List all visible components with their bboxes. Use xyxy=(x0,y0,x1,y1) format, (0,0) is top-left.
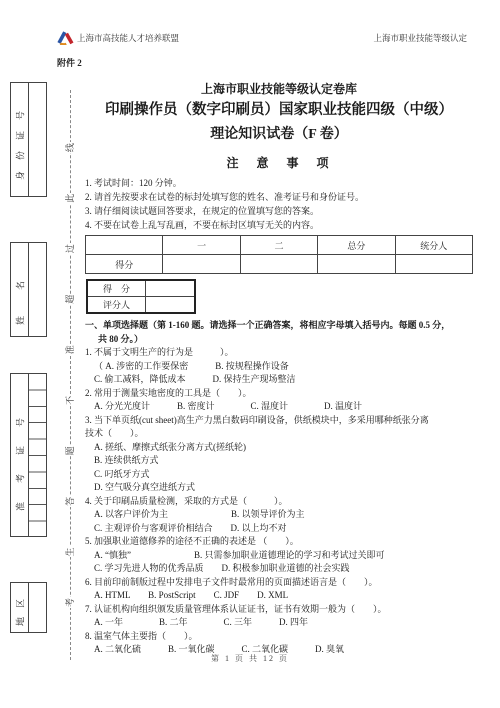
region-box: 地区 xyxy=(10,582,47,633)
seal-char: 超 xyxy=(62,294,78,305)
id-number-label: 身份证号 xyxy=(13,99,26,179)
question-line: （ A. 涉密的工作要保密 B. 按规程操作设备 xyxy=(85,360,473,374)
question-line: C. 偷工减料，降低成本 D. 保持生产现场整洁 xyxy=(85,373,473,387)
score-table-cell xyxy=(318,255,395,274)
grader-name-row: 评分人 xyxy=(87,297,195,314)
notice-item: 3. 请仔细阅读试题回答要求，在规定的位置填写您的答案。 xyxy=(85,204,473,218)
section-heading-line: 一、单项选择题（第 1-160 题。请选择一个正确答案，将相应字母填入括号内。每… xyxy=(85,318,473,332)
section-heading-line: 共 80 分。） xyxy=(85,332,473,346)
name-label: 姓名 xyxy=(13,254,26,324)
question-line: 8. 温室气体主要指（ ）。 xyxy=(85,630,473,644)
question-line: 2. 常用于测量实地密度的工具是（ ）。 xyxy=(85,387,473,401)
question-line: A. 搓纸、摩擦式纸张分离方式(搓纸轮) xyxy=(85,441,473,455)
question-line: A. 一年 B. 二年 C. 三年 D. 四年 xyxy=(85,616,473,630)
occupation-title: 印刷操作员（数字印刷员）国家职业技能四级（中级） xyxy=(85,101,473,119)
question-line: A. HTML B. PostScript C. JDF D. XML xyxy=(85,589,473,603)
region-field xyxy=(29,583,46,632)
notice-item: 1. 考试时间：120 分钟。 xyxy=(85,176,473,190)
id-number-box: 身份证号 xyxy=(10,82,47,197)
question-line: A. 分光光度计 B. 密度计 C. 湿度计 D. 温度计 xyxy=(85,400,473,414)
score-row-label: 得分 xyxy=(86,255,163,274)
seal-char: 线 xyxy=(62,142,78,153)
alliance-logo-icon xyxy=(57,30,74,45)
question-line: D. 空气吸分真空进纸方式 xyxy=(85,481,473,495)
seal-char: 考 xyxy=(62,597,78,608)
admission-number-box: 准考证号 xyxy=(10,373,47,537)
score-summary-table: 一 二 总分 统分人 得分 xyxy=(85,235,473,274)
question-line: 7. 认证机构向组织颁发质量管理体系认证证书，证书有效期一般为（ ）。 xyxy=(85,603,473,617)
page-header: 上海市高技能人才培养联盟 上海市职业技能等级认定 xyxy=(57,30,467,45)
question-line: B. 连续供纸方式 xyxy=(85,454,473,468)
question-line: 技术（ ）。 xyxy=(85,427,473,441)
score-table-cell: 统分人 xyxy=(395,236,472,255)
seal-char: 不 xyxy=(62,395,78,406)
attachment-label: 附件 2 xyxy=(57,56,82,69)
name-field xyxy=(29,243,46,336)
page-number: 第 1 页 共 12 页 xyxy=(0,653,500,664)
question-list: 1. 不属于文明生产的行为是 ）。（ A. 涉密的工作要保密 B. 按规程操作设… xyxy=(85,346,473,657)
question-line: C. 学习先进人物的优秀品质 D. 积极参加职业道德的社会实践 xyxy=(85,562,473,576)
seal-text: 考生答题不准超过此线 xyxy=(62,90,78,660)
grader-score-label: 得 分 xyxy=(87,280,146,297)
seal-char: 答 xyxy=(62,496,78,507)
seal-char: 此 xyxy=(62,193,78,204)
score-header-row: 一 二 总分 统分人 xyxy=(86,236,473,255)
org-left-group: 上海市高技能人才培养联盟 xyxy=(57,30,179,45)
question-line: C. 主观评价与客观评价相结合 D. 以上均不对 xyxy=(85,522,473,536)
id-number-field xyxy=(29,83,46,196)
question-line: 4. 关于印刷品质量检测，采取的方式是（ ）。 xyxy=(85,495,473,509)
question-line: 5. 加强职业道德修养的途径不正确的表述是 （ ）。 xyxy=(85,535,473,549)
score-table-cell: 总分 xyxy=(318,236,395,255)
score-table-cell xyxy=(395,255,472,274)
org-left-label: 上海市高技能人才培养联盟 xyxy=(77,32,179,44)
notice-item: 2. 请首先按要求在试卷的标封处填写您的姓名、准考证号和身份证号。 xyxy=(85,190,473,204)
name-label-col: 姓名 xyxy=(11,243,29,336)
grader-name-label: 评分人 xyxy=(87,297,146,314)
org-right-label: 上海市职业技能等级认定 xyxy=(373,32,467,44)
question-line: C. 叼纸牙方式 xyxy=(85,468,473,482)
admission-number-digit-cells xyxy=(29,374,46,536)
main-content: 上海市职业技能等级认定卷库 印刷操作员（数字印刷员）国家职业技能四级（中级） 理… xyxy=(85,82,473,657)
score-table-cell: 一 xyxy=(163,236,240,255)
seal-char: 题 xyxy=(62,445,78,456)
notice-item: 4. 不要在试卷上乱写乱画，不要在标封区填写无关的内容。 xyxy=(85,218,473,232)
question-line: 1. 不属于文明生产的行为是 ）。 xyxy=(85,346,473,360)
score-table-cell: 二 xyxy=(240,236,317,255)
name-box: 姓名 xyxy=(10,242,47,337)
admission-number-label-col: 准考证号 xyxy=(11,374,29,536)
question-line: 6. 目前印前制版过程中发排电子文件时最常用的页面描述语言是（ ）。 xyxy=(85,576,473,590)
score-table-cell xyxy=(163,255,240,274)
section-one-heading: 一、单项选择题（第 1-160 题。请选择一个正确答案，将相应字母填入括号内。每… xyxy=(85,318,473,346)
score-table-cell xyxy=(240,255,317,274)
region-label-col: 地区 xyxy=(11,583,29,632)
grader-score-table: 得 分 评分人 xyxy=(86,279,196,314)
seal-char: 准 xyxy=(62,344,78,355)
region-label: 地区 xyxy=(13,589,26,625)
paper-title: 理论知识试卷（F 卷） xyxy=(85,126,473,143)
question-bank-title: 上海市职业技能等级认定卷库 xyxy=(85,82,473,96)
question-line: A. 以客户评价为主 B. 以领导评价为主 xyxy=(85,508,473,522)
grader-score-row: 得 分 xyxy=(87,280,195,297)
question-line: 3. 当下单页纸(cut sheet)高生产力黑白数码印刷设备，供纸模块中，多采… xyxy=(85,414,473,428)
seal-line: 考生答题不准超过此线 xyxy=(62,90,78,660)
admission-number-label: 准考证号 xyxy=(13,399,26,511)
grader-score-value xyxy=(146,280,196,297)
question-line: A. “慎独” B. 只需参加职业道德理论的学习和考试过关即可 xyxy=(85,549,473,563)
seal-char: 生 xyxy=(62,546,78,557)
id-number-label-col: 身份证号 xyxy=(11,83,29,196)
grader-name-value xyxy=(146,297,196,314)
score-table-cell xyxy=(86,236,163,255)
seal-char: 过 xyxy=(62,243,78,254)
score-value-row: 得分 xyxy=(86,255,473,274)
notice-list: 1. 考试时间：120 分钟。2. 请首先按要求在试卷的标封处填写您的姓名、准考… xyxy=(85,176,473,232)
notice-heading: 注 意 事 项 xyxy=(85,156,473,170)
exam-paper-page: 上海市高技能人才培养联盟 上海市职业技能等级认定 附件 2 身份证号 姓名 准考… xyxy=(0,0,500,708)
